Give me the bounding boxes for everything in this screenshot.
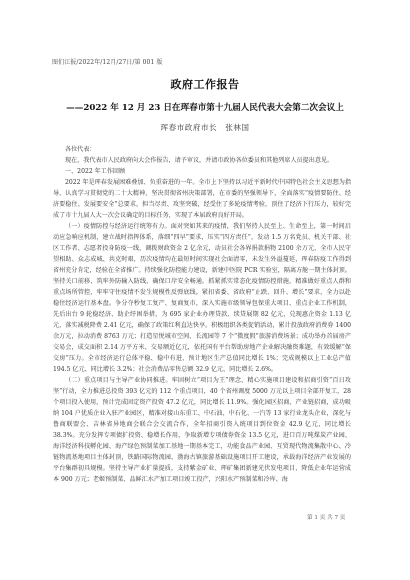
paragraph: 现在，我代表市人民政府向大会作报告，请予审议，并请市政协各位委员和其他列席人员提… xyxy=(53,155,351,166)
paragraph: （一）疫情防控与经济运行统筹有力。面对突如其来的疫情，我们坚持人民至上、生命至上… xyxy=(53,221,351,375)
salutation: 各位代表： xyxy=(53,144,351,155)
document-title: 政府工作报告 xyxy=(0,76,410,92)
document-subtitle: ——2022 年 12 月 23 日在珲春市第十九届人民代表大会第二次会议上 xyxy=(0,101,410,113)
paragraph: 2022 年是珲春发展困难叠加、负重奋进的一年。全市上下坚持以习近平新时代中国特… xyxy=(53,177,351,221)
document-page: 图们江报/2022年/12月/27日/第 001 版 政府工作报告 ——2022… xyxy=(0,0,410,580)
newspaper-header: 图们江报/2022年/12月/27日/第 001 版 xyxy=(52,57,163,66)
section-heading: 一、2022 年工作回顾 xyxy=(53,166,351,177)
document-body: 各位代表： 现在，我代表市人民政府向大会作报告，请予审议，并请市政协各位委员和其… xyxy=(53,144,351,485)
page-number: 第 1 页 共 7 页 xyxy=(307,513,345,521)
document-author: 珲春市政府市长 张林国 xyxy=(0,122,410,133)
paragraph: （二）重点项目与主导产业协同推进。牢固树立“项目为王”理念，精心实施项目建设和招… xyxy=(53,375,351,485)
